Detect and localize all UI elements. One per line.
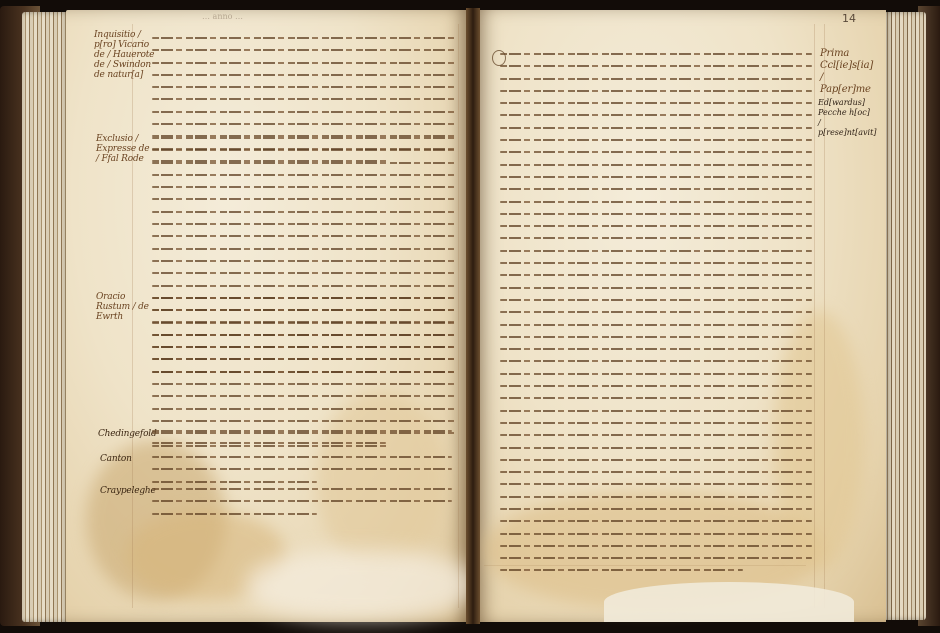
entry-text-4: [152, 430, 452, 455]
gutter: [466, 8, 480, 624]
right-page-edges: [884, 12, 926, 620]
marginal-rubric-6: Craypeleghe: [100, 486, 156, 496]
worn-area: [246, 550, 476, 620]
manuscript-photo: … anno … Inquisitio / p[ro] Vicario de /…: [0, 0, 940, 633]
right-marginal-note: Ed[wardus] Pecche h[oc] / p[rese]nt[avit…: [818, 98, 870, 138]
marginal-rubric-4: Chedingefold: [98, 429, 157, 439]
header-note: … anno …: [202, 12, 243, 21]
right-marginal-rubric: Prima Ccl[ie]s[ia] / Pap[er]me: [820, 48, 872, 96]
marginal-rubric-5: Canton: [100, 454, 132, 464]
left-page-edges: [22, 12, 70, 622]
marginal-rubric-3: Oracio Rustum / de Ewrth: [96, 292, 154, 322]
marginal-rubric-1: Inquisitio / p[ro] Vicario de / Hauerote…: [94, 30, 156, 80]
marginal-rubric-2: Exclusio / Expresse de / Ffal Rode: [96, 134, 154, 164]
entry-text-6: [152, 488, 452, 525]
folio-number: 14: [842, 12, 856, 25]
right-page-text: [500, 53, 812, 582]
